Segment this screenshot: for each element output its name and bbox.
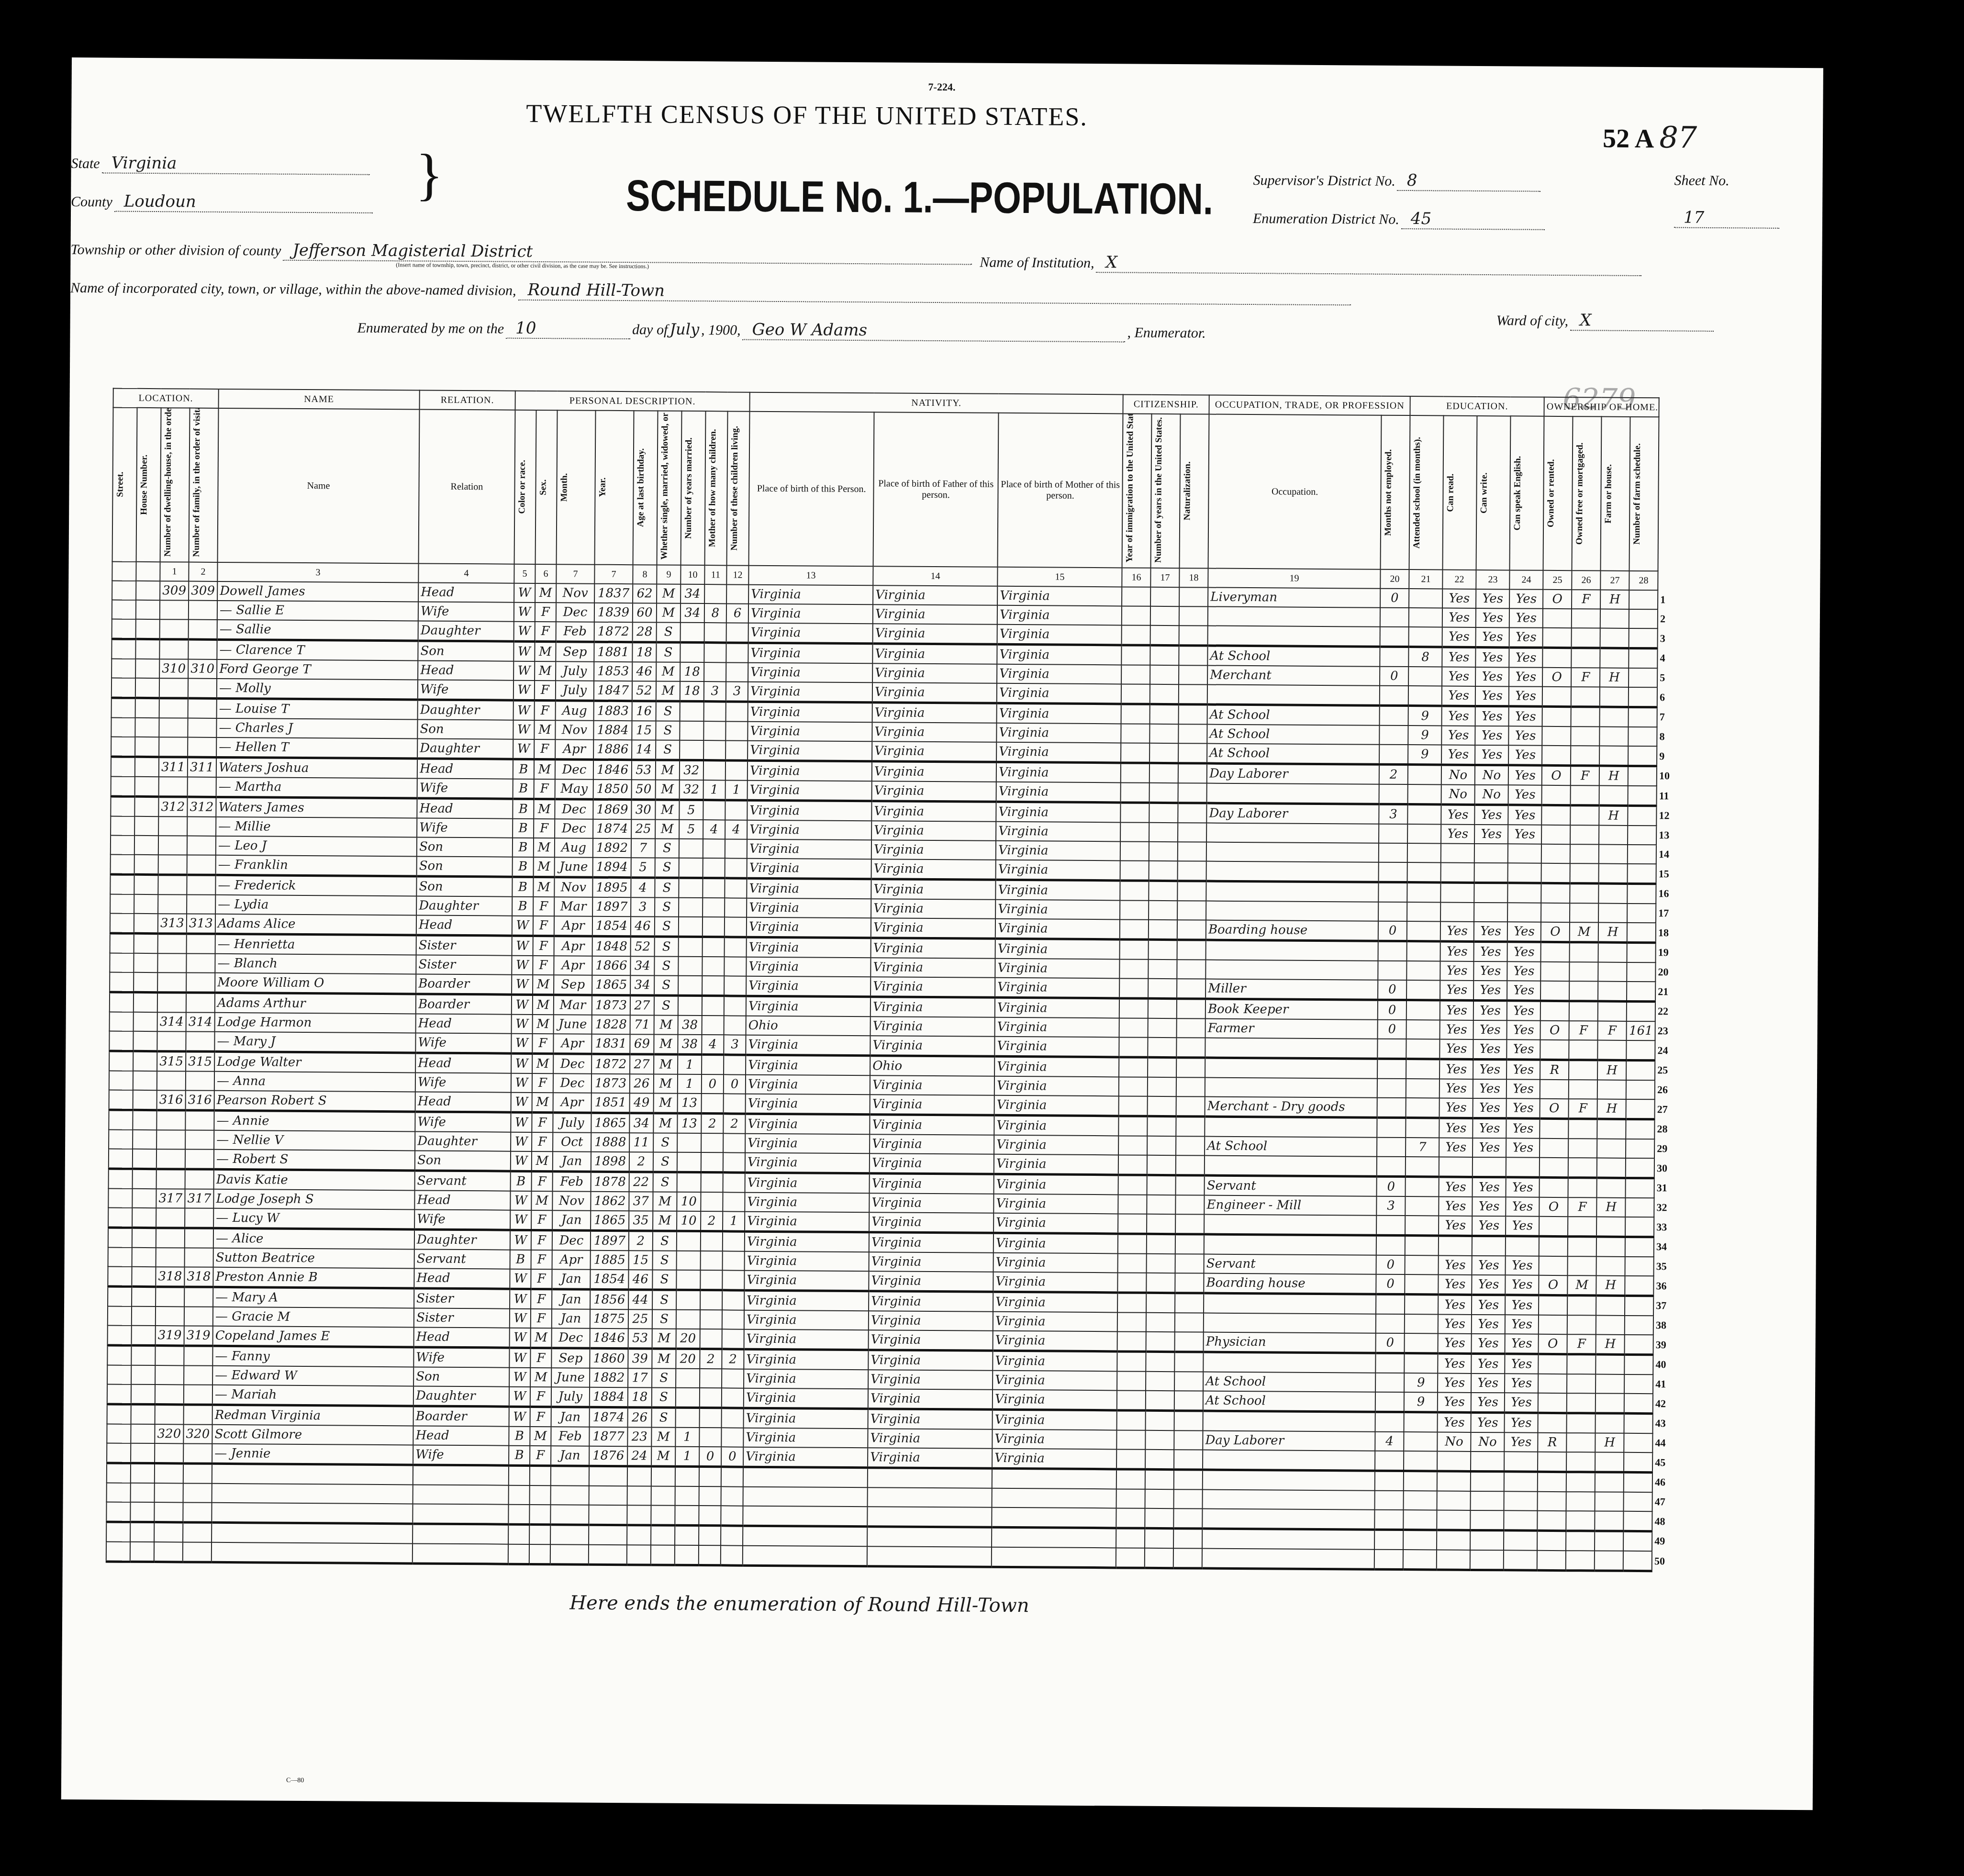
cell-father: Virginia	[870, 1016, 995, 1037]
cell-mother: Virginia	[996, 802, 1120, 822]
cell-english	[1504, 1550, 1537, 1570]
cell-unemployed	[1380, 686, 1408, 706]
cell-english: Yes	[1505, 1334, 1539, 1354]
cell-mortgage	[1571, 707, 1600, 727]
cell-owned: O	[1540, 1021, 1569, 1040]
cell-empty	[1150, 606, 1179, 625]
cell-mother: Virginia	[995, 880, 1120, 900]
cell-birth: Virginia	[745, 1134, 870, 1154]
cell-mother	[992, 1488, 1116, 1508]
cell-name: — Leo J	[216, 836, 417, 857]
cell-empty	[1121, 763, 1149, 783]
cell-birth: Virginia	[748, 702, 872, 722]
cell-farm-no	[1623, 1531, 1652, 1551]
cell-family	[184, 1385, 212, 1405]
schedule-title: SCHEDULE No. 1.—POPULATION.	[626, 171, 1213, 224]
cell-empty	[1175, 1195, 1204, 1214]
cell-age: 52	[632, 681, 656, 701]
cell-english: Yes	[1509, 648, 1542, 668]
line-number: 6	[1657, 687, 1790, 708]
cell-living	[724, 996, 746, 1016]
cell-mother: Virginia	[994, 1154, 1118, 1175]
cell-marital: S	[654, 995, 678, 1016]
cell-owned	[1538, 1393, 1567, 1413]
cell-birth: Virginia	[744, 1369, 868, 1389]
cell-age: 37	[629, 1192, 653, 1211]
cell-write	[1470, 1530, 1504, 1550]
cell-empty	[132, 1208, 156, 1228]
cell-month: Jan	[551, 1446, 589, 1466]
cell-empty	[1149, 724, 1178, 743]
column-number: 7	[556, 564, 594, 583]
cell-name	[212, 1463, 413, 1485]
cell-unemployed	[1375, 1373, 1404, 1392]
cell-empty	[1117, 1351, 1146, 1372]
cell-read: Yes	[1441, 726, 1475, 745]
cell-mortgage	[1567, 1315, 1596, 1334]
cell-color: W	[510, 1269, 531, 1289]
cell-farm-no	[1628, 766, 1657, 786]
cell-occupation: At School	[1207, 725, 1379, 745]
cell-family	[185, 1228, 213, 1248]
cell-children	[701, 1231, 723, 1251]
cell-empty	[1120, 822, 1149, 841]
cell-color: B	[511, 1171, 532, 1191]
cell-empty	[111, 737, 135, 757]
cell-school	[1405, 1274, 1438, 1295]
cell-write: Yes	[1475, 726, 1508, 745]
cell-school	[1405, 1314, 1438, 1333]
cell-unemployed: 0	[1377, 1176, 1406, 1196]
cell-father: Virginia	[871, 801, 996, 822]
township-value: Jefferson Magisterial District	[283, 241, 972, 265]
cell-name: — Robert S	[214, 1150, 415, 1171]
cell-unemployed	[1379, 824, 1407, 843]
cell-sex: M	[534, 720, 555, 739]
cell-school	[1407, 843, 1441, 862]
form-number: 7-224.	[928, 81, 956, 93]
cell-father: Virginia	[871, 899, 995, 919]
line-number: 8	[1657, 727, 1790, 747]
cell-sex: F	[533, 916, 554, 936]
cell-living	[725, 760, 748, 781]
cell-birth: Virginia	[748, 682, 872, 703]
cell-read	[1437, 1451, 1471, 1471]
cell-children	[700, 1369, 722, 1388]
line-number: 45	[1652, 1452, 1785, 1473]
cell-month	[551, 1485, 589, 1505]
cell-empty	[1150, 684, 1179, 704]
cell-owned	[1539, 1295, 1567, 1315]
cell-birth: Virginia	[748, 643, 872, 663]
cell-children: 3	[704, 681, 726, 702]
cell-farm-no	[1628, 727, 1657, 746]
column-number: 11	[704, 565, 726, 584]
cell-unemployed: 3	[1376, 1196, 1405, 1216]
cell-mortgage	[1571, 648, 1600, 668]
line-number: 7	[1657, 707, 1790, 728]
cell-family: 319	[184, 1326, 213, 1346]
cell-unemployed	[1376, 1294, 1405, 1314]
cell-marital: S	[655, 897, 679, 916]
cell-birth: Virginia	[747, 937, 871, 958]
column-label: Attended school (in months).	[1409, 415, 1444, 569]
cell-write	[1474, 903, 1507, 922]
cell-children	[700, 1329, 722, 1349]
cell-yrs-married: 13	[678, 1094, 702, 1114]
cell-empty	[134, 933, 158, 953]
cell-yrs-married: 1	[675, 1428, 699, 1447]
cell-father: Virginia	[871, 918, 995, 938]
cell-yrs-married	[680, 642, 704, 662]
cell-mortgage: F	[1572, 590, 1600, 609]
cell-english: Yes	[1509, 589, 1543, 608]
cell-year: 1876	[589, 1446, 627, 1466]
cell-sex: M	[533, 877, 554, 897]
cell-empty	[109, 1051, 133, 1071]
cell-write: Yes	[1473, 1098, 1506, 1118]
cell-farm: H	[1596, 1276, 1625, 1296]
cell-occupation	[1203, 1489, 1375, 1509]
cell-family	[188, 718, 216, 737]
cell-empty	[107, 1483, 131, 1502]
cell-marital: M	[653, 1211, 677, 1231]
cell-color: W	[511, 1151, 532, 1172]
township-field: Township or other division of county Jef…	[70, 239, 972, 272]
cell-read	[1441, 863, 1474, 883]
cell-farm-no	[1625, 1276, 1653, 1296]
cell-farm-no	[1624, 1452, 1652, 1473]
cell-age: 4	[631, 878, 655, 898]
cell-english: Yes	[1509, 608, 1543, 627]
cell-name: Lodge Walter	[214, 1051, 415, 1072]
cell-age: 28	[633, 622, 657, 642]
cell-school	[1406, 1098, 1440, 1118]
line-number: 24	[1655, 1040, 1788, 1061]
cell-birth: Virginia	[746, 1055, 870, 1075]
cell-farm	[1597, 1178, 1626, 1198]
cell-children: 2	[701, 1114, 723, 1134]
cell-read: Yes	[1440, 922, 1474, 942]
cell-dwelling	[157, 1071, 186, 1090]
cell-yrs-married	[679, 917, 703, 937]
cell-school	[1407, 941, 1440, 961]
cell-mortgage	[1568, 1139, 1597, 1158]
cell-english	[1507, 903, 1541, 922]
cell-marital: M	[652, 1349, 676, 1369]
cell-write: Yes	[1473, 1079, 1506, 1098]
column-number: 24	[1509, 570, 1543, 589]
cell-children: 4	[703, 820, 725, 839]
cell-owned	[1540, 1158, 1568, 1178]
cell-mother: Virginia	[994, 1056, 1119, 1077]
cell-empty	[1176, 1155, 1205, 1175]
cell-read	[1440, 882, 1474, 903]
cell-school	[1407, 804, 1441, 825]
cell-empty	[106, 1502, 130, 1522]
cell-family	[183, 1463, 212, 1484]
line-number: 4	[1657, 648, 1790, 669]
cell-yrs-married: 18	[680, 662, 704, 681]
cell-read: Yes	[1441, 745, 1475, 765]
cell-dwelling	[155, 1483, 183, 1502]
cell-owned	[1537, 1530, 1566, 1551]
cell-empty	[1149, 920, 1177, 940]
cell-empty	[1120, 803, 1149, 823]
sheet-field: Sheet No. 17	[1674, 172, 1780, 228]
cell-dwelling	[158, 934, 187, 954]
page-number-handwritten: 87	[1659, 120, 1697, 155]
cell-year: 1872	[591, 1054, 630, 1074]
cell-sex: F	[530, 1407, 551, 1427]
cell-marital: S	[652, 1387, 676, 1407]
cell-birth: Virginia	[747, 800, 871, 821]
cell-father: Virginia	[870, 977, 995, 997]
cell-empty	[1116, 1528, 1145, 1548]
cell-empty	[134, 992, 157, 1012]
line-number: 22	[1655, 1002, 1788, 1022]
cell-occupation: Miller	[1205, 979, 1378, 1000]
cell-write: Yes	[1473, 961, 1507, 981]
cell-empty	[112, 698, 135, 718]
cell-occupation	[1204, 1234, 1376, 1255]
cell-living	[723, 1172, 745, 1193]
column-number: 28	[1629, 571, 1658, 590]
cell-owned	[1538, 1374, 1567, 1393]
cell-marital: M	[653, 1113, 677, 1133]
cell-birth: Virginia	[744, 1388, 868, 1409]
cell-read: Yes	[1440, 1098, 1473, 1118]
cell-mortgage	[1570, 805, 1599, 826]
cell-dwelling	[157, 1031, 186, 1051]
cell-empty	[1179, 646, 1207, 666]
cell-empty	[1176, 1077, 1205, 1096]
cell-children	[704, 662, 726, 681]
cell-year: 1883	[594, 701, 632, 721]
cell-name: — Jennie	[212, 1444, 413, 1465]
enumeration-district-field: Enumeration District No. 45	[1253, 208, 1545, 230]
cell-occupation: Boarding house	[1204, 1273, 1376, 1294]
cell-school: 9	[1408, 706, 1442, 726]
cell-write: Yes	[1475, 667, 1509, 686]
cell-relation: Sister	[416, 955, 512, 974]
cell-yrs-married	[679, 898, 703, 917]
cell-english: Yes	[1506, 1060, 1540, 1080]
cell-english	[1504, 1510, 1537, 1530]
cell-age: 2	[629, 1152, 653, 1172]
cell-owned: O	[1539, 1334, 1567, 1354]
cell-empty	[1150, 665, 1179, 684]
cell-empty	[1149, 783, 1178, 803]
cell-color: B	[512, 877, 533, 897]
cell-empty	[136, 619, 160, 639]
cell-occupation: At School	[1203, 1391, 1375, 1412]
cell-owned	[1538, 1354, 1567, 1374]
cell-birth	[743, 1487, 868, 1507]
cell-mortgage	[1570, 903, 1598, 922]
cell-farm: H	[1599, 805, 1628, 826]
cell-read: Yes	[1439, 1118, 1473, 1138]
cell-month: May	[555, 779, 593, 799]
cell-relation: Daughter	[416, 896, 512, 916]
cell-month: July	[551, 1387, 590, 1407]
cell-empty	[106, 1541, 130, 1562]
cell-living	[725, 937, 747, 957]
enumeration-district-value: 45	[1401, 209, 1545, 230]
cell-unemployed	[1377, 1157, 1406, 1177]
cell-dwelling	[158, 894, 187, 914]
cell-relation: Daughter	[415, 1131, 511, 1151]
cell-color: B	[513, 759, 534, 779]
cell-empty	[1173, 1508, 1202, 1529]
cell-living	[722, 1388, 744, 1408]
cell-school: 9	[1408, 726, 1441, 745]
cell-sex: F	[533, 936, 554, 956]
cell-empty	[1177, 1018, 1205, 1038]
cell-read: Yes	[1442, 706, 1475, 726]
cell-owned	[1540, 981, 1569, 1001]
supervisor-value: 8	[1397, 171, 1541, 192]
cell-year	[589, 1505, 627, 1525]
cell-write: Yes	[1473, 1138, 1506, 1157]
cell-birth: Ohio	[746, 1016, 870, 1036]
cell-farm-no	[1624, 1492, 1652, 1511]
cell-empty	[1121, 645, 1150, 665]
cell-yrs-married: 1	[675, 1447, 699, 1467]
cell-birth: Virginia	[744, 1329, 869, 1350]
cell-mother	[992, 1468, 1116, 1489]
cell-children: 4	[702, 1035, 724, 1055]
group-location: LOCATION.	[113, 389, 219, 408]
cell-marital: S	[653, 1231, 677, 1251]
cell-sex: F	[531, 1309, 552, 1328]
cell-mortgage	[1567, 1354, 1596, 1374]
cell-living: 6	[726, 603, 748, 623]
cell-color: B	[509, 1446, 530, 1466]
cell-farm-no	[1629, 609, 1658, 628]
cell-read: No	[1441, 785, 1475, 805]
cell-sex: F	[531, 1250, 552, 1269]
cell-empty	[107, 1424, 131, 1443]
cell-yrs-married	[676, 1270, 700, 1290]
cell-empty	[134, 874, 158, 894]
cell-empty	[135, 659, 159, 678]
cell-month: June	[554, 1015, 592, 1034]
cell-living	[726, 702, 748, 722]
cell-empty	[1118, 1136, 1147, 1155]
cell-empty	[1120, 939, 1149, 960]
cell-yrs-married	[680, 740, 703, 760]
cell-dwelling	[156, 1149, 185, 1169]
cell-dwelling	[157, 953, 186, 972]
cell-occupation: Servant	[1205, 1175, 1377, 1196]
column-number: 19	[1208, 569, 1380, 589]
cell-yrs-married: 20	[676, 1329, 700, 1349]
cell-name: Davis Katie	[214, 1169, 415, 1190]
cell-empty	[131, 1483, 155, 1502]
cell-name: — Sallie	[217, 620, 418, 641]
cell-empty	[136, 581, 160, 600]
cell-children	[703, 740, 725, 760]
cell-empty	[1176, 1117, 1205, 1137]
cell-dwelling	[155, 1346, 184, 1366]
cell-unemployed	[1376, 1216, 1405, 1236]
cell-family	[186, 972, 215, 993]
cell-marital: M	[657, 603, 681, 622]
cell-marital: S	[656, 740, 680, 760]
cell-year: 1851	[591, 1093, 630, 1113]
cell-yrs-married	[680, 721, 703, 740]
cell-mother: Virginia	[997, 664, 1121, 684]
line-number: 14	[1656, 845, 1789, 865]
cell-write	[1471, 1471, 1504, 1491]
column-number: 20	[1380, 569, 1409, 589]
cell-empty	[1119, 1077, 1148, 1096]
cell-dwelling	[159, 737, 188, 757]
cell-empty	[1117, 1312, 1146, 1331]
cell-mortgage	[1569, 1080, 1597, 1099]
cell-write: Yes	[1475, 706, 1509, 726]
cell-empty	[133, 1149, 156, 1169]
cell-empty	[108, 1248, 132, 1267]
cell-english: Yes	[1507, 1020, 1540, 1039]
line-number: 40	[1653, 1355, 1786, 1375]
cell-color: W	[512, 936, 533, 956]
cell-read: Yes	[1438, 1295, 1472, 1315]
cell-owned	[1542, 785, 1571, 805]
cell-color: W	[510, 1309, 531, 1328]
cell-color: W	[511, 1132, 532, 1151]
cell-marital: M	[654, 1015, 678, 1034]
cell-living	[725, 898, 747, 917]
cell-mortgage	[1568, 1158, 1597, 1178]
cell-yrs-married	[676, 1290, 700, 1310]
cell-children	[700, 1310, 722, 1329]
cell-unemployed	[1379, 843, 1407, 862]
cell-year: 1831	[591, 1034, 630, 1054]
cell-empty	[107, 1385, 131, 1405]
cell-family	[184, 1405, 212, 1425]
column-label: Place of birth of Mother of this person.	[998, 413, 1123, 568]
cell-relation	[413, 1504, 508, 1524]
cell-relation: Servant	[414, 1249, 510, 1269]
line-number: 30	[1654, 1158, 1787, 1179]
cell-marital: M	[654, 1093, 678, 1113]
cell-school	[1406, 1157, 1439, 1177]
cell-mortgage	[1569, 1001, 1598, 1021]
cell-father: Virginia	[870, 1094, 994, 1115]
cell-birth: Virginia	[745, 1153, 870, 1173]
cell-mortgage	[1567, 1393, 1596, 1413]
cell-empty	[1149, 861, 1178, 881]
cell-birth: Virginia	[744, 1349, 868, 1370]
cell-age	[627, 1486, 651, 1505]
cell-family	[184, 1346, 212, 1366]
cell-occupation	[1205, 1058, 1377, 1079]
cell-living	[726, 643, 748, 663]
cell-empty	[136, 600, 160, 619]
cell-age: 27	[630, 995, 654, 1016]
cell-write	[1474, 844, 1508, 863]
cell-empty	[1145, 1430, 1174, 1450]
cell-school	[1406, 1059, 1440, 1079]
cell-age: 15	[629, 1251, 653, 1270]
cell-english: Yes	[1505, 1354, 1538, 1374]
cell-unemployed	[1380, 705, 1408, 726]
cell-mortgage	[1571, 785, 1599, 805]
cell-father: Virginia	[870, 1134, 994, 1154]
cell-mother: Virginia	[997, 605, 1122, 625]
